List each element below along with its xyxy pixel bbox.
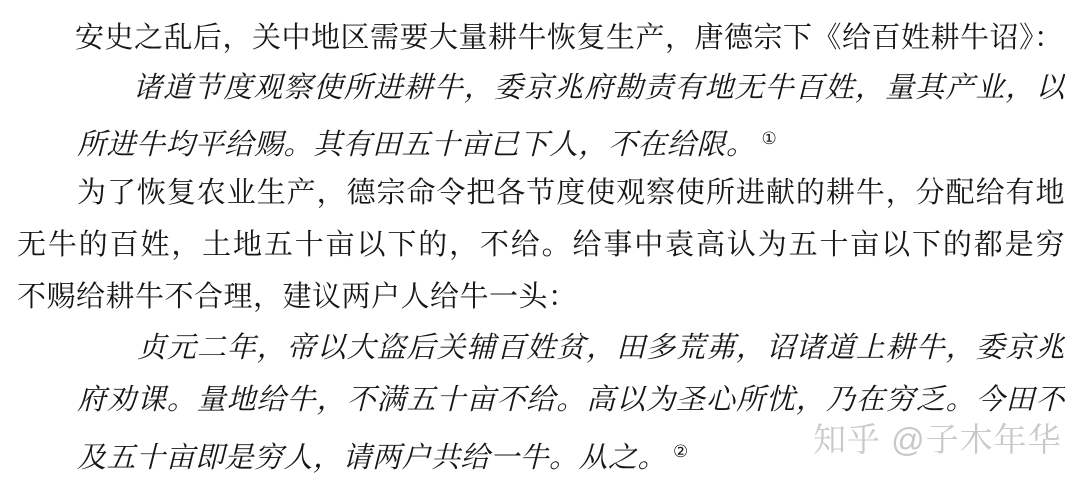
quote2-line-1: 贞元二年，帝以大盗后关辅百姓贫，田多荒茀，诏诸道上耕牛，委京兆: [137, 328, 1065, 368]
intro-paragraph-line-1: 安史之乱后，关中地区需要大量耕牛恢复生产，唐德宗下《给百姓耕牛诏》：: [75, 18, 1064, 58]
quote1-line-2: 所进牛均平给赐。其有田五十亩已下人，不在给限。①: [77, 119, 777, 165]
document-page: 安史之乱后，关中地区需要大量耕牛恢复生产，唐德宗下《给百姓耕牛诏》： 诸道节度观…: [0, 0, 1080, 480]
footnote-marker-1: ①: [762, 129, 777, 148]
commentary-line-3: 不赐给耕牛不合理，建议两户人给牛一头：: [17, 277, 578, 317]
quote2-line-3: 及五十亩即是穷人，请两户共给一牛。从之。②: [77, 432, 688, 478]
zhihu-watermark: 知乎 @子木年华: [813, 414, 1062, 461]
quote1-line-2-text: 所进牛均平给赐。其有田五十亩已下人，不在给限。: [77, 129, 756, 161]
commentary-line-2: 无牛的百姓，土地五十亩以下的，不给。给事中袁高认为五十亩以下的都是穷人，: [17, 225, 1065, 265]
commentary-line-1: 为了恢复农业生产，德宗命令把各节度使观察使所进献的耕牛，分配给有地: [77, 173, 1065, 213]
quote2-line-3-text: 及五十亩即是穷人，请两户共给一牛。从之。: [77, 442, 667, 474]
quote1-line-1: 诸道节度观察使所进耕牛，委京兆府勘责有地无牛百姓，量其产业，以: [133, 68, 1065, 108]
footnote-marker-2: ②: [673, 442, 688, 461]
